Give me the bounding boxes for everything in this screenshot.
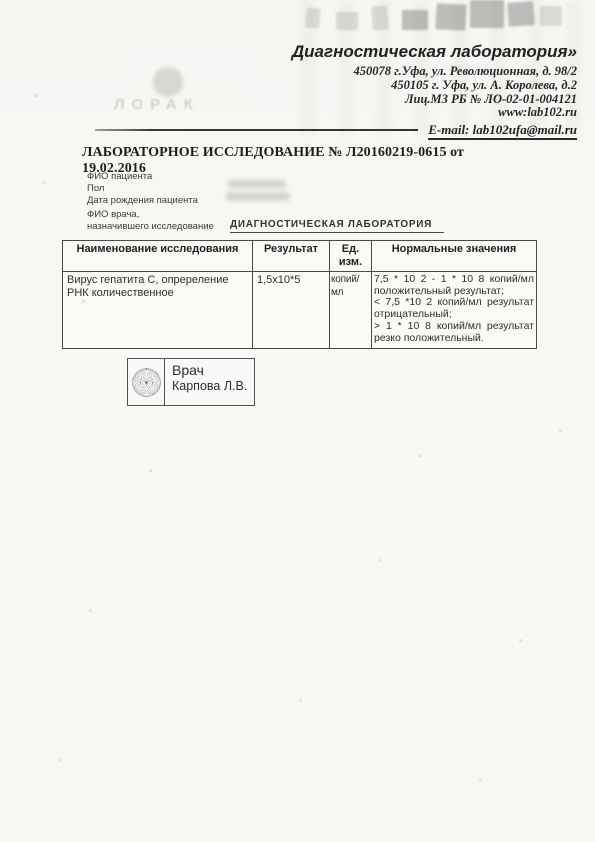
signature-box: Врач Карпова Л.В.: [127, 358, 255, 406]
lab-website: www:lab102.ru: [292, 106, 577, 120]
result-cell: 1,5х10*5: [253, 272, 330, 348]
normal-values-cell: 7,5 * 10 2 - 1 * 10 8 копий/мл положител…: [372, 272, 536, 348]
lab-license: Лиц.МЗ РБ № ЛО-02-01-004121: [292, 93, 577, 107]
normal-line-2: < 7,5 *10 2 копий/мл результат отрицател…: [374, 297, 534, 320]
scan-speckles: [0, 0, 1, 1]
scanned-lab-report-page: ЛОРАК Диагностическая лаборатория» 45007…: [0, 0, 595, 842]
letterhead: Диагностическая лаборатория» 450078 г.Уф…: [292, 42, 577, 140]
doctor-value: ДИАГНОСТИЧЕСКАЯ ЛАБОРАТОРИЯ: [230, 219, 444, 233]
scan-artifact: [540, 6, 562, 26]
col-header-result: Результат: [253, 241, 330, 272]
lab-email: E-mail: lab102ufa@mail.ru: [428, 122, 577, 140]
scan-artifact: [435, 3, 466, 31]
doctor-role: Врач: [172, 362, 247, 379]
header-divider-line: [95, 129, 418, 131]
unit-cell: копий/мл: [330, 272, 372, 348]
stamp-cell: [128, 359, 165, 405]
watermark-text: ЛОРАК: [114, 96, 200, 113]
sex-label: Пол: [87, 183, 104, 194]
normal-line-3: > 1 * 10 8 копий/мл результат резко поло…: [374, 321, 534, 344]
round-stamp-icon: [132, 368, 161, 397]
birthdate-label: Дата рождения пациента: [87, 195, 198, 206]
doctor-label-line2: назначившего исследование: [87, 221, 214, 232]
scan-artifact: [402, 10, 428, 30]
scan-artifact: [336, 12, 358, 30]
redacted-value-artifact: [228, 180, 286, 188]
normal-line-1: 7,5 * 10 2 - 1 * 10 8 копий/мл положител…: [374, 274, 534, 297]
watermark-logo-blob: [150, 66, 186, 98]
col-header-unit: Ед. изм.: [330, 241, 372, 272]
redacted-value-artifact: [226, 192, 290, 201]
scan-artifact: [507, 1, 535, 27]
test-name-cell: Вирус гепатита С, опререление РНК количе…: [63, 272, 253, 348]
results-table: Наименование исследования Результат Ед. …: [62, 240, 537, 349]
col-header-normal: Нормальные значения: [372, 241, 536, 272]
col-header-test-name: Наименование исследования: [63, 241, 253, 272]
scan-artifact: [470, 0, 504, 28]
signature-text: Врач Карпова Л.В.: [165, 359, 247, 405]
lab-name: Диагностическая лаборатория»: [292, 42, 577, 62]
patient-name-label: ФИО пациента: [87, 171, 152, 182]
lab-address-2: 450105 г. Уфа, ул. А. Королева, д.2: [292, 79, 577, 93]
doctor-name: Карпова Л.В.: [172, 379, 247, 394]
scan-artifact: [371, 5, 389, 30]
scan-artifact: [305, 8, 320, 29]
lab-address-1: 450078 г.Уфа, ул. Революционная, д. 98/2: [292, 65, 577, 79]
doctor-label-line1: ФИО врача,: [87, 209, 139, 220]
